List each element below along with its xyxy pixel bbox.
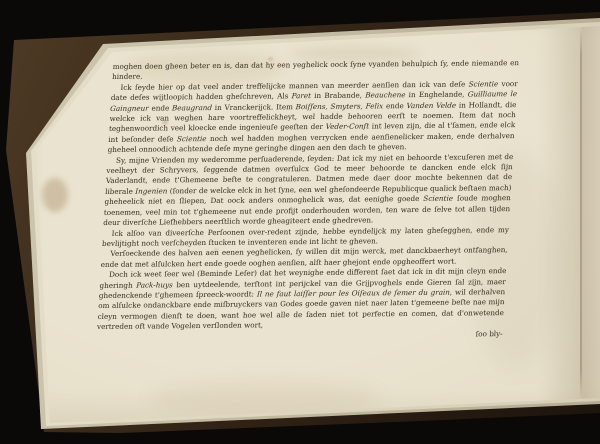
italic-text-segment: Veder-Conſt [325,122,369,131]
text-segment: Verſoeckende des halven aen eenen yeghel… [101,245,508,268]
photo-backdrop: moghen doen gheen beter en is, dan dat h… [0,0,600,444]
italic-text-segment: Scientie [468,79,498,88]
paragraphs: moghen doen gheen beter en is, dan dat h… [97,58,520,332]
text-segment: ende [148,103,172,112]
italic-text-segment: Ingenien [135,186,168,195]
italic-text-segment: Scientie [423,194,453,203]
italic-text-segment: Vanden Velde [406,100,456,109]
stain [42,178,68,212]
text-segment: ende [383,101,407,110]
text-paragraph: Sy, mijne Vrienden my wederomme perſuade… [103,152,514,229]
italic-text-segment: Scientie [177,134,207,143]
text-block: moghen doen gheen beter en is, dan dat h… [96,58,519,343]
italic-text-segment: Pack-huys [136,280,173,289]
italic-text-segment: Beauchene [365,90,406,99]
text-segment: Ick alſoo van diveerſche Perſoonen over-… [102,225,509,248]
gutter-page-edge [582,24,600,402]
text-paragraph: Ick ſeyde hier op dat veel ander treffel… [107,79,518,156]
italic-text-segment: Boiſſens, Smyters, Felix [295,101,383,111]
gutter-shadow [536,24,582,402]
text-segment: in Enghelande, [405,90,468,100]
text-segment: in Brabande, [311,91,366,101]
italic-text-segment: Il ne faut laiſſer pour les Oiſeaux de ſ… [257,288,451,299]
italic-text-segment: Paret [291,91,311,100]
text-segment: moghen doen gheen beter en is, dan dat h… [112,58,519,81]
text-paragraph: Doch ick weet ſeer wel (Beminde Leſer) d… [97,266,507,332]
text-segment: in Vranckerijck. Item [212,102,296,112]
italic-text-segment: Beaugrand [172,103,213,112]
